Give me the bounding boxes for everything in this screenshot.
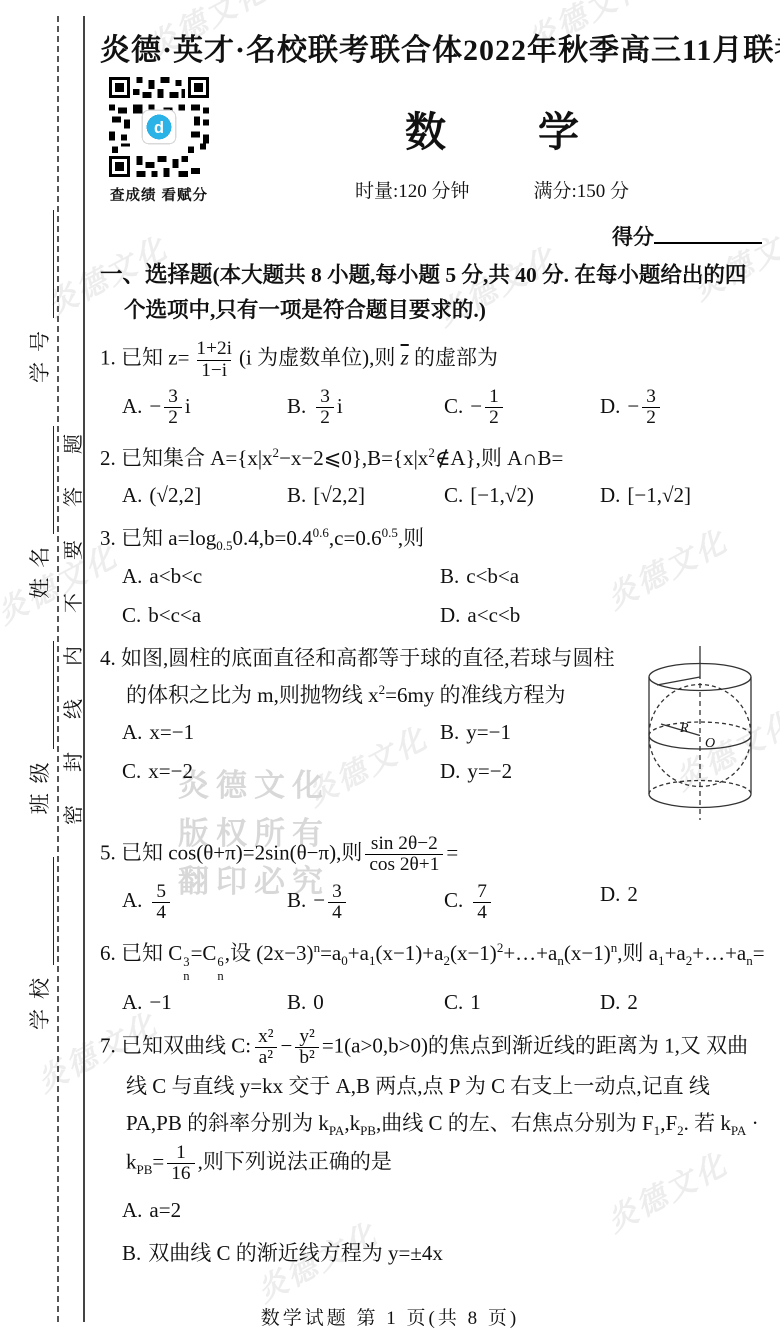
question-4-option-A: A.x=−1 xyxy=(122,720,440,745)
option-content: y=−1 xyxy=(466,720,511,744)
math-text: x=−1 xyxy=(149,720,194,744)
fraction-numerator: 1 xyxy=(485,387,503,407)
question-3: 3. 已知 a=log0.50.4,b=0.40.6,c=0.60.5,则A.a… xyxy=(100,520,766,628)
fraction: sin 2θ−2cos 2θ+1 xyxy=(365,834,443,876)
option-content: 1 xyxy=(470,990,481,1014)
question-3-option-D: D.a<c<b xyxy=(440,603,766,628)
math-text: ,则 a xyxy=(617,941,658,965)
question-2-option-C: C.[−1,√2) xyxy=(444,483,600,508)
math-text: (x−1)+a xyxy=(375,941,443,965)
conjugate-bar: z xyxy=(401,346,409,370)
option-label: D. xyxy=(600,882,620,906)
question-3-option-A: A.a<b<c xyxy=(122,564,440,589)
sup-sub-stack: 6n xyxy=(217,956,223,984)
fraction: 54 xyxy=(152,882,170,924)
option-content: a<c<b xyxy=(467,603,520,627)
math-text: 1. 已知 z= xyxy=(100,346,189,370)
exam-meta: 时量:120 分钟 满分:150 分 xyxy=(218,176,766,203)
qr-code: d xyxy=(109,77,209,177)
question-4-main: 4. 如图,圆柱的底面直径和高都等于球的直径,若球与圆柱 的体积之比为 m,则抛… xyxy=(100,640,632,822)
subject-char: 学 xyxy=(538,99,579,158)
math-text: =C xyxy=(191,941,217,965)
total-score-label: 满分:150 分 xyxy=(534,176,630,203)
fraction: x²a² xyxy=(254,1027,277,1069)
math-text: =6my 的准线方程为 xyxy=(385,683,565,707)
math-text: +…+a xyxy=(503,941,557,965)
section-title: 一、选择题 xyxy=(100,262,213,287)
math-text: +…+a xyxy=(692,941,746,965)
question-6-option-D: D.2 xyxy=(600,990,766,1015)
fraction: 34 xyxy=(328,882,346,924)
fraction: 32 xyxy=(316,387,334,429)
option-content: (√2,2] xyxy=(149,483,201,507)
question-4-option-D: D.y=−2 xyxy=(440,759,632,784)
math-text: 的虚部为 xyxy=(409,346,498,370)
math-text: y=−2 xyxy=(467,759,512,783)
fraction-numerator: 5 xyxy=(152,882,170,902)
question-4: 4. 如图,圆柱的底面直径和高都等于球的直径,若球与圆柱 的体积之比为 m,则抛… xyxy=(100,640,766,822)
fraction: 32 xyxy=(164,387,182,429)
option-label: C. xyxy=(122,759,141,783)
option-content: 32i xyxy=(313,394,343,418)
score-blank-line xyxy=(654,224,762,244)
stack-superscript: 6 xyxy=(217,956,223,970)
math-text: a=2 xyxy=(149,1198,181,1222)
option-label: D. xyxy=(440,759,460,783)
question-2-options: A.(√2,2]B.[√2,2]C.[−1,√2)D.[−1,√2] xyxy=(122,483,766,508)
option-label: C. xyxy=(444,888,463,912)
math-text: b<c<a xyxy=(148,603,201,627)
option-label: A. xyxy=(122,483,142,507)
option-label: A. xyxy=(122,888,142,912)
subscript: PA xyxy=(731,1123,746,1138)
math-text: (i 为虚数单位),则 xyxy=(239,346,401,370)
subscript: PB xyxy=(137,1162,153,1177)
math-text: =a xyxy=(320,941,341,965)
option-content: b<c<a xyxy=(148,603,201,627)
fraction-denominator: 2 xyxy=(642,407,660,428)
option-content: −32 xyxy=(627,394,663,418)
math-text: (√2,2] xyxy=(149,483,201,507)
option-label: C. xyxy=(444,394,463,418)
question-3-body: 3. 已知 a=log0.50.4,b=0.40.6,c=0.60.5,则 xyxy=(100,520,766,558)
qr-block: d 查成绩 看赋分 xyxy=(100,77,218,205)
sup-sub-stack: 3n xyxy=(183,956,189,984)
math-text: 0.4,b=0.4 xyxy=(233,526,313,550)
option-content: [−1,√2] xyxy=(627,483,691,507)
sidebar-field-class: 班级 xyxy=(24,641,54,814)
option-content: a<b<c xyxy=(149,564,202,588)
math-text: a<c<b xyxy=(467,603,520,627)
question-1-option-C: C.−12 xyxy=(444,387,600,429)
score-field: 得分 xyxy=(100,221,762,251)
exam-content: 炎德·英才·名校联考联合体2022年秋季高三11月联考 xyxy=(100,0,766,1267)
fraction-denominator: 4 xyxy=(473,902,491,923)
score-label: 得分 xyxy=(612,225,654,249)
subject-title: 数 学 xyxy=(405,99,579,158)
question-1: 1. 已知 z=1+2i1−i(i 为虚数单位),则 z 的虚部为A.−32iB… xyxy=(100,339,766,428)
fraction-numerator: 1+2i xyxy=(192,339,236,359)
option-content: [−1,√2) xyxy=(470,483,534,507)
math-text: 2 xyxy=(627,882,638,906)
option-content: −12 xyxy=(470,394,506,418)
option-label: B. xyxy=(287,394,306,418)
superscript: 0.5 xyxy=(382,525,398,540)
question-7-body: 7. 已知双曲线 C:x²a²−y²b²=1(a>0,b>0)的焦点到渐近线的距… xyxy=(100,1027,766,1185)
math-text: x=−2 xyxy=(148,759,193,783)
page-footer: 数学试题 第 1 页(共 8 页) xyxy=(0,1303,780,1330)
option-label: D. xyxy=(600,990,620,1014)
option-label: B. xyxy=(287,483,306,507)
sidebar-student-fields: 学校班级姓名学号 xyxy=(10,210,54,1030)
stack-subscript: n xyxy=(183,970,189,984)
option-content: c<b<a xyxy=(466,564,519,588)
questions-list: 1. 已知 z=1+2i1−i(i 为虚数单位),则 z 的虚部为A.−32iB… xyxy=(100,339,766,1267)
question-1-option-D: D.−32 xyxy=(600,387,766,429)
option-label: C. xyxy=(444,483,463,507)
option-label: B. xyxy=(287,888,306,912)
math-text: − xyxy=(313,888,325,912)
fraction: 74 xyxy=(473,882,491,924)
fraction-denominator: b² xyxy=(295,1047,318,1068)
question-5: 5. 已知 cos(θ+π)=2sin(θ−π),则sin 2θ−2cos 2θ… xyxy=(100,834,766,923)
question-6-options: A.−1B.0C.1D.2 xyxy=(122,990,766,1015)
question-1-option-A: A.−32i xyxy=(122,387,287,429)
exam-header-title: 炎德·英才·名校联考联合体2022年秋季高三11月联考 xyxy=(100,25,766,69)
math-text: 双曲线 C 的渐近线方程为 y=±4x xyxy=(148,1241,443,1265)
question-4-body: 4. 如图,圆柱的底面直径和高都等于球的直径,若球与圆柱 的体积之比为 m,则抛… xyxy=(100,640,632,714)
sidebar-field-label: 班级 xyxy=(24,752,54,814)
math-text: 0 xyxy=(313,990,324,1014)
math-text: 3. 已知 a=log xyxy=(100,526,216,550)
fraction: 12 xyxy=(485,387,503,429)
option-content: x=−2 xyxy=(148,759,193,783)
math-text: +a xyxy=(665,941,686,965)
question-7-options: A.a=2B.双曲线 C 的渐近线方程为 y=±4x xyxy=(122,1198,766,1267)
option-content: 2 xyxy=(627,990,638,1014)
option-label: A. xyxy=(122,990,142,1014)
math-text: ,k xyxy=(344,1111,360,1135)
question-5-option-A: A.54 xyxy=(122,882,287,924)
option-content: −32i xyxy=(149,394,190,418)
fraction-denominator: a² xyxy=(255,1047,277,1068)
question-7-option-B: B.双曲线 C 的渐近线方程为 y=±4x xyxy=(122,1237,766,1267)
math-text: +a xyxy=(348,941,369,965)
fraction-denominator: 4 xyxy=(328,902,346,923)
sidebar-field-label: 学校 xyxy=(24,968,54,1030)
fraction: 1+2i1−i xyxy=(192,339,236,381)
stack-superscript: 3 xyxy=(183,956,189,970)
math-text: = xyxy=(446,841,458,865)
fraction: y²b² xyxy=(295,1027,318,1069)
question-5-options: A.54B.−34C.74D.2 xyxy=(122,882,766,924)
math-text: 2. 已知集合 A={x|x xyxy=(100,446,273,470)
stack-subscript: n xyxy=(217,970,223,984)
math-text: ,c=0.6 xyxy=(329,526,382,550)
fraction-numerator: 3 xyxy=(316,387,334,407)
option-content: 74 xyxy=(470,888,494,912)
option-content: y=−2 xyxy=(467,759,512,783)
question-3-option-C: C.b<c<a xyxy=(122,603,440,628)
question-2-option-B: B.[√2,2] xyxy=(287,483,444,508)
fraction-denominator: 16 xyxy=(167,1163,194,1184)
subject-block: 数 学 时量:120 分钟 满分:150 分 xyxy=(218,77,766,203)
fraction-numerator: y² xyxy=(295,1027,318,1047)
math-text: − xyxy=(627,394,639,418)
math-text: y=−1 xyxy=(466,720,511,744)
option-content: −34 xyxy=(313,888,349,912)
option-label: D. xyxy=(440,603,460,627)
exam-paper-page: { "page": { "header_title": "炎德·英才·名校联考联… xyxy=(0,0,780,1344)
fraction-denominator: 4 xyxy=(152,902,170,923)
question-2: 2. 已知集合 A={x|x2−x−2⩽0},B={x|x2∉A},则 A∩B=… xyxy=(100,440,766,508)
question-1-option-B: B.32i xyxy=(287,387,444,429)
math-text: ,则下列说法正确的是 xyxy=(198,1149,392,1173)
math-text: 6. 已知 C xyxy=(100,941,182,965)
seal-line-text: 密封线内不要答题 xyxy=(57,405,83,825)
subscript: 0.5 xyxy=(216,538,232,553)
question-6-option-B: B.0 xyxy=(287,990,444,1015)
question-1-body: 1. 已知 z=1+2i1−i(i 为虚数单位),则 z 的虚部为 xyxy=(100,339,766,381)
question-5-body: 5. 已知 cos(θ+π)=2sin(θ−π),则sin 2θ−2cos 2θ… xyxy=(100,834,766,876)
math-text: 5. 已知 cos(θ+π)=2sin(θ−π),则 xyxy=(100,841,362,865)
option-label: C. xyxy=(444,990,463,1014)
fraction-numerator: sin 2θ−2 xyxy=(367,834,442,854)
option-label: D. xyxy=(600,394,620,418)
option-label: B. xyxy=(440,720,459,744)
math-text: [√2,2] xyxy=(313,483,365,507)
question-4-option-B: B.y=−1 xyxy=(440,720,632,745)
math-text: ∉A},则 A∩B= xyxy=(435,446,563,470)
fraction: 32 xyxy=(642,387,660,429)
option-content: 2 xyxy=(627,882,638,906)
title-block: d 查成绩 看赋分 数 学 时量:120 分钟 满分:150 分 xyxy=(100,77,766,205)
question-7: 7. 已知双曲线 C:x²a²−y²b²=1(a>0,b>0)的焦点到渐近线的距… xyxy=(100,1027,766,1268)
question-6-option-C: C.1 xyxy=(444,990,600,1015)
section-description: (本大题共 8 小题,每小题 5 分,共 40 分. 在每小题给出的四个选项中,… xyxy=(124,263,746,322)
qr-caption: 查成绩 看赋分 xyxy=(100,184,218,205)
math-text: − xyxy=(470,394,482,418)
math-text: [−1,√2) xyxy=(470,483,534,507)
math-text: c<b<a xyxy=(466,564,519,588)
math-text: = xyxy=(152,1149,164,1173)
option-content: 54 xyxy=(149,888,173,912)
sidebar-field-blank-line xyxy=(49,857,54,965)
cylinder-sphere-figure: R O xyxy=(636,644,766,822)
math-text: i xyxy=(337,394,343,418)
math-text: −x−2⩽0},B={x|x xyxy=(279,446,428,470)
fraction-denominator: cos 2θ+1 xyxy=(365,854,443,875)
figure-radius-label: R xyxy=(679,721,689,736)
subscript: PA xyxy=(329,1123,344,1138)
option-label: B. xyxy=(440,564,459,588)
question-4-options: A.x=−1B.y=−1C.x=−2D.y=−2 xyxy=(122,720,632,784)
math-text: . 若 k xyxy=(684,1111,731,1135)
subject-char: 数 xyxy=(405,99,446,158)
question-5-option-B: B.−34 xyxy=(287,882,444,924)
question-5-option-D: D.2 xyxy=(600,882,766,924)
fraction-denominator: 1−i xyxy=(197,360,231,381)
sidebar-field-blank-line xyxy=(49,210,54,318)
math-text: i xyxy=(185,394,191,418)
math-text: = xyxy=(753,941,765,965)
fraction-denominator: 2 xyxy=(164,407,182,428)
option-content: −1 xyxy=(149,990,171,1014)
math-text: (x−1) xyxy=(564,941,611,965)
fraction-numerator: 1 xyxy=(172,1143,190,1163)
question-2-option-A: A.(√2,2] xyxy=(122,483,287,508)
fraction-numerator: 3 xyxy=(642,387,660,407)
question-5-option-C: C.74 xyxy=(444,882,600,924)
sidebar-field-blank-line xyxy=(49,426,54,534)
qr-logo-letter: d xyxy=(154,119,164,137)
fraction-denominator: 2 xyxy=(316,407,334,428)
option-content: [√2,2] xyxy=(313,483,365,507)
question-6-option-A: A.−1 xyxy=(122,990,287,1015)
question-4-option-C: C.x=−2 xyxy=(122,759,440,784)
sidebar-field-school: 学校 xyxy=(24,857,54,1030)
option-label: A. xyxy=(122,394,142,418)
math-text: [−1,√2] xyxy=(627,483,691,507)
option-label: A. xyxy=(122,720,142,744)
fraction-denominator: 2 xyxy=(485,407,503,428)
math-text: 1 xyxy=(470,990,481,1014)
option-label: C. xyxy=(122,603,141,627)
duration-label: 时量:120 分钟 xyxy=(355,176,470,203)
superscript: 0.6 xyxy=(313,525,329,540)
section-heading: 一、选择题(本大题共 8 小题,每小题 5 分,共 40 分. 在每小题给出的四… xyxy=(100,257,766,327)
math-text: ,曲线 C 的左、右焦点分别为 F xyxy=(376,1111,654,1135)
option-content: a=2 xyxy=(149,1198,181,1222)
math-text: −1 xyxy=(149,990,171,1014)
subscript: PB xyxy=(360,1123,376,1138)
math-text: a<b<c xyxy=(149,564,202,588)
sidebar-field-student-no: 学号 xyxy=(24,210,54,383)
option-content: 0 xyxy=(313,990,324,1014)
option-label: B. xyxy=(122,1241,141,1265)
question-3-option-B: B.c<b<a xyxy=(440,564,766,589)
option-label: D. xyxy=(600,483,620,507)
fraction: 116 xyxy=(167,1143,194,1185)
question-3-options: A.a<b<cB.c<b<aC.b<c<aD.a<c<b xyxy=(122,564,766,628)
option-content: 双曲线 C 的渐近线方程为 y=±4x xyxy=(148,1241,443,1265)
option-label: B. xyxy=(287,990,306,1014)
math-text: ,F xyxy=(660,1111,677,1135)
question-2-body: 2. 已知集合 A={x|x2−x−2⩽0},B={x|x2∉A},则 A∩B= xyxy=(100,440,766,477)
math-text: 7. 已知双曲线 C: xyxy=(100,1033,251,1057)
option-label: A. xyxy=(122,1198,142,1222)
math-text: 2 xyxy=(627,990,638,1014)
figure-center-label: O xyxy=(705,736,715,751)
fraction-numerator: x² xyxy=(254,1027,277,1047)
math-text: − xyxy=(281,1033,293,1057)
option-label: A. xyxy=(122,564,142,588)
question-1-options: A.−32iB.32iC.−12D.−32 xyxy=(122,387,766,429)
fraction-numerator: 3 xyxy=(328,882,346,902)
sidebar-field-label: 学号 xyxy=(24,321,54,383)
sidebar-field-name: 姓名 xyxy=(24,426,54,599)
math-text: − xyxy=(149,394,161,418)
option-content: x=−1 xyxy=(149,720,194,744)
math-text: ,设 (2x−3) xyxy=(225,941,314,965)
question-6: 6. 已知 C3n=C6n,设 (2x−3)n=a0+a1(x−1)+a2(x−… xyxy=(100,935,766,1014)
math-text: ,则 xyxy=(398,526,424,550)
fraction-numerator: 3 xyxy=(164,387,182,407)
question-6-body: 6. 已知 C3n=C6n,设 (2x−3)n=a0+a1(x−1)+a2(x−… xyxy=(100,935,766,983)
question-2-option-D: D.[−1,√2] xyxy=(600,483,766,508)
fraction-numerator: 7 xyxy=(473,882,491,902)
sidebar-field-blank-line xyxy=(49,641,54,749)
math-text: (x−1) xyxy=(450,941,497,965)
sidebar-field-label: 姓名 xyxy=(24,537,54,599)
question-7-option-A: A.a=2 xyxy=(122,1198,766,1223)
